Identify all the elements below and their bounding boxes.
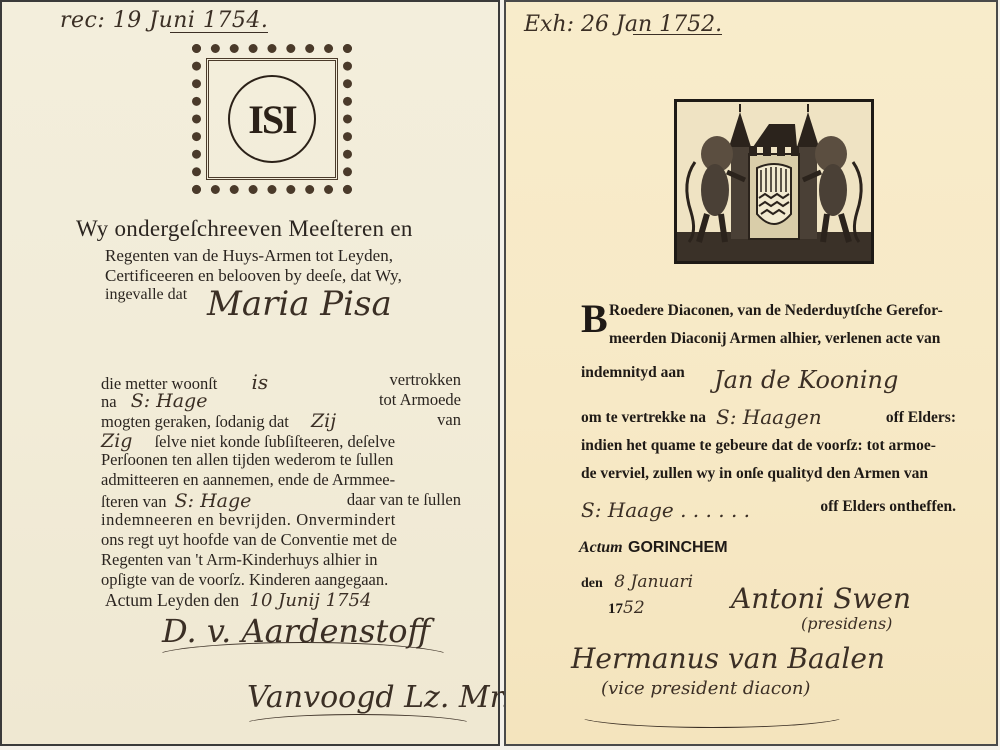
received-annotation: rec: 19 Juni 1754. — [60, 8, 268, 33]
intro-line-3: ingevalle dat — [105, 286, 187, 304]
actum-label: Actum — [579, 539, 623, 557]
signature-vice-president-role: (vice president diacon) — [601, 678, 810, 699]
date-line: den 8 Januari — [581, 572, 693, 592]
body-line-5: indien het quame te gebeure dat de voorſ… — [581, 437, 936, 455]
signature-flourish — [576, 702, 848, 728]
body-line-2: na S: Hage tot Armoede — [101, 390, 461, 412]
body-line-11: opſigte van de voorſz. Kinderen aangegaa… — [101, 570, 388, 590]
body-line-7: ſteren van S: Hage daar van te ſullen — [101, 490, 461, 512]
body-line-2: meerden Diaconij Armen alhier, verlenen … — [609, 330, 940, 348]
body-line-4: Zig ſelve niet konde ſubſiſteeren, deſel… — [101, 430, 461, 452]
monogram-text: ISI — [228, 75, 316, 163]
exhibited-annotation: Exh: 26 Jan 1752. — [524, 12, 722, 37]
body-line-9: ons regt uyt hoofde van de Conventie met… — [101, 530, 397, 550]
actum-date-line: Actum Leyden den 10 Junij 1754 — [105, 590, 371, 611]
intro-line-1: Regenten van de Huys-Armen tot Leyden, — [105, 246, 393, 266]
person-name-handwritten: Jan de Kooning — [714, 366, 898, 394]
signature-flourish — [152, 642, 454, 674]
body-line-5: Perſoonen ten allen tijden wederom te ſu… — [101, 450, 393, 470]
signature-president: Antoni Swen — [731, 582, 911, 615]
document-heading: Wy ondergeſchreeven Meeſteren en — [76, 216, 413, 242]
body-line-4: om te vertrekke na S: Haagen off Elders: — [581, 409, 956, 427]
actum-place: GORINCHEM — [628, 539, 728, 557]
body-line-7: S: Haage . . . . . . off Elders ontheffe… — [581, 498, 956, 522]
left-document-sheet: rec: 19 Juni 1754. ISI Wy ondergeſchreev… — [0, 0, 500, 746]
signature-vice-president: Hermanus van Baalen — [571, 642, 885, 675]
body-line-10: Regenten van 't Arm-Kinderhuys alhier in — [101, 550, 378, 570]
signature-2: Vanvoogd Lz. Mr. — [247, 680, 510, 715]
body-line-3: indemnityd aan — [581, 364, 685, 382]
year-line: 1752 — [608, 598, 645, 618]
person-name-handwritten: Maria Pisa — [207, 284, 392, 324]
body-line-3: mogten geraken, ſodanig dat Zij van — [101, 410, 461, 432]
intro-line-2: Certificeeren en belooven by deeſe, dat … — [105, 266, 402, 286]
body-line-6: de verviel, zullen wy in onſe qualityd d… — [581, 465, 928, 483]
monogram-emblem-icon: ISI — [192, 44, 352, 194]
drop-cap: B — [581, 295, 608, 342]
signature-flourish — [242, 714, 474, 736]
body-line-6: admitteeren en aannemen, ende de Armmee- — [101, 470, 395, 490]
body-line-1: Roedere Diaconen, van de Nederduytſche G… — [609, 302, 943, 320]
right-document-sheet: Exh: 26 Jan 1752. — [504, 0, 998, 746]
body-line-8: indemneeren en bevrijden. Onvermindert — [101, 510, 396, 530]
signature-president-role: (presidens) — [801, 614, 892, 633]
coat-of-arms-icon — [674, 99, 874, 264]
